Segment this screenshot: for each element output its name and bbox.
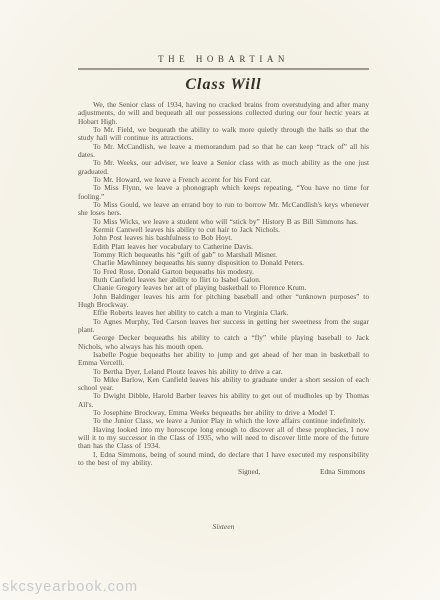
will-paragraph: Isabelle Pogue bequeaths her ability to …	[78, 351, 369, 368]
publication-title: THE HOBARTIAN	[78, 54, 369, 64]
will-paragraph: To Mr. Weeks, our adviser, we leave a Se…	[78, 159, 369, 176]
will-paragraph: To Miss Gould, we leave an errand boy to…	[78, 201, 369, 218]
will-paragraph: I, Edna Simmons, being of sound mind, do…	[78, 451, 369, 468]
class-will-text: We, the Senior class of 1934, having no …	[78, 101, 369, 477]
will-paragraph: To Dwight Dibble, Harold Barber leaves h…	[78, 392, 369, 409]
signed-label: Signed,	[238, 468, 260, 476]
watermark: skcsyearbook.com	[2, 579, 138, 595]
will-paragraph: Having looked into my horoscope long eno…	[78, 426, 369, 451]
will-paragraph: John Baldinger leaves his arm for pitchi…	[78, 293, 369, 310]
page-title: Class Will	[78, 76, 369, 94]
header-rule	[78, 68, 369, 70]
will-paragraph: To Mike Barlow, Ken Canfield leaves his …	[78, 376, 369, 393]
signature-name: Edna Simmons	[320, 468, 365, 476]
signature-row: Signed, Edna Simmons	[78, 468, 369, 477]
will-paragraph: To Mr. Field, we bequeath the ability to…	[78, 126, 369, 143]
will-paragraph: To Miss Flynn, we leave a phonograph whi…	[78, 184, 369, 201]
will-paragraph: To Mr. McCandlish, we leave a memorandum…	[78, 143, 369, 160]
yearbook-page-scan: THE HOBARTIAN Class Will We, the Senior …	[0, 0, 440, 600]
page-number: Sixteen	[78, 522, 369, 531]
will-paragraph: To Agnes Murphy, Ted Carson leaves her s…	[78, 318, 369, 335]
will-paragraph: We, the Senior class of 1934, having no …	[78, 101, 369, 126]
will-paragraph: George Decker bequeaths his ability to c…	[78, 334, 369, 351]
